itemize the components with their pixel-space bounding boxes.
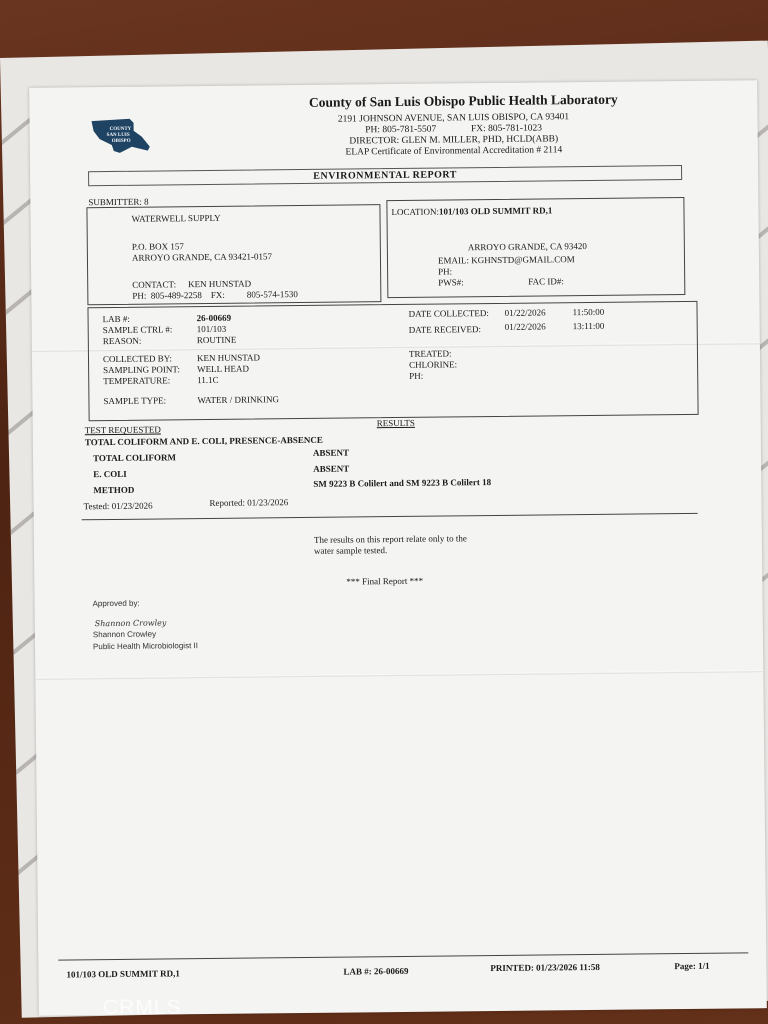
location-line: LOCATION:101/103 OLD SUMMIT RD,1 (391, 205, 552, 217)
crmls-watermark: CRMLS (103, 996, 182, 1020)
result-total-coliform: ABSENT (313, 448, 349, 458)
approver-name: Shannon Crowley (93, 630, 156, 640)
location-city: ARROYO GRANDE, CA 93420 (468, 241, 587, 252)
result-method: SM 9223 B Colilert and SM 9223 B Coliler… (313, 477, 491, 489)
reason-value: ROUTINE (197, 335, 237, 345)
temperature-label: TEMPERATURE: (103, 375, 170, 386)
location-phone: PH: (438, 266, 452, 276)
sampling-point-label: SAMPLING POINT: (103, 364, 180, 375)
results-divider (82, 513, 698, 520)
submitter-id: 8 (144, 197, 149, 207)
submitter-address-1: P.O. BOX 157 (132, 241, 184, 252)
collected-by-label: COLLECTED BY: (103, 353, 172, 364)
approved-by-label: Approved by: (93, 599, 140, 608)
sampling-point-value: WELL HEAD (197, 364, 249, 375)
reported-date: Reported: 01/23/2026 (209, 497, 288, 508)
treated-label: TREATED: (409, 348, 452, 358)
lab-fax: FX: 805-781-1023 (471, 123, 542, 134)
sample-info-box: LAB #: 26-00669 SAMPLE CTRL #: 101/103 R… (87, 301, 698, 421)
lab-number-label: LAB #: (103, 314, 130, 324)
footer-page: Page: 1/1 (674, 961, 709, 971)
submitter-contact: CONTACT:KEN HUNSTAD (132, 279, 251, 290)
time-received-value: 13:11:00 (573, 321, 605, 331)
test-requested-header: TEST REQUESTED (85, 424, 161, 435)
submitter-phone-fax: PH: 805-489-2258 FX:805-574-1530 (132, 289, 298, 301)
sample-type-label: SAMPLE TYPE: (103, 395, 166, 406)
analyte-total-coliform: TOTAL COLIFORM (93, 452, 176, 463)
lab-phone: PH: 805-781-5507 (365, 125, 436, 136)
date-received-label: DATE RECEIVED: (409, 324, 481, 335)
footer-location: 101/103 OLD SUMMIT RD,1 (66, 968, 179, 979)
submitter-label: SUBMITTER: 8 (88, 197, 148, 208)
collected-by-value: KEN HUNSTAD (197, 352, 260, 363)
test-name: TOTAL COLIFORM AND E. COLI, PRESENCE-ABS… (85, 435, 323, 447)
submitter-name: WATERWELL SUPPLY (131, 213, 220, 224)
disclaimer-line-1: The results on this report relate only t… (314, 533, 467, 545)
date-received-value: 01/22/2026 (505, 321, 546, 331)
approver-title: Public Health Microbiologist II (93, 641, 198, 651)
disclaimer-line-2: water sample tested. (314, 545, 387, 556)
result-e-coli: ABSENT (313, 464, 349, 474)
submitter-box: WATERWELL SUPPLY P.O. BOX 157 ARROYO GRA… (86, 204, 381, 305)
approver-signature: Shannon Crowley (95, 618, 167, 628)
tested-date: Tested: 01/23/2026 (83, 501, 152, 512)
lab-name: County of San Luis Obispo Public Health … (29, 90, 757, 114)
lab-report-page: COUNTY SAN LUIS OBISPO County of San Lui… (29, 80, 767, 1016)
location-box: LOCATION:101/103 OLD SUMMIT RD,1 ARROYO … (386, 197, 685, 298)
submitter-address-2: ARROYO GRANDE, CA 93421-0157 (132, 251, 272, 262)
temperature-value: 11.1C (197, 375, 219, 385)
lab-number-value: 26-00669 (197, 313, 232, 323)
footer-lab-number: LAB #: 26-00669 (343, 966, 408, 977)
chlorine-label: CHLORINE: (409, 359, 457, 370)
report-title: ENVIRONMENTAL REPORT (88, 165, 682, 186)
sample-ctrl-label: SAMPLE CTRL #: (103, 324, 173, 335)
footer-divider (58, 952, 748, 960)
analyte-method: METHOD (93, 485, 134, 495)
sample-ctrl-value: 101/103 (197, 324, 227, 334)
footer-printed: PRINTED: 01/23/2026 11:58 (490, 962, 600, 973)
ph-label: PH: (409, 371, 423, 381)
time-collected-value: 11:50:00 (572, 307, 604, 317)
location-value: 101/103 OLD SUMMIT RD,1 (439, 205, 552, 216)
location-pws: PWS#: (438, 277, 464, 287)
results-header: RESULTS (377, 418, 415, 428)
analyte-e-coli: E. COLI (93, 469, 127, 479)
paper-fold-line (35, 670, 763, 680)
final-report-note: *** Final Report *** (346, 576, 423, 587)
location-email: EMAIL: KGHNSTD@GMAIL.COM (438, 254, 575, 265)
sample-type-value: WATER / DRINKING (197, 394, 279, 405)
date-collected-value: 01/22/2026 (504, 307, 545, 317)
reason-label: REASON: (103, 336, 142, 346)
location-fac-id: FAC ID#: (528, 276, 564, 286)
date-collected-label: DATE COLLECTED: (408, 308, 488, 319)
